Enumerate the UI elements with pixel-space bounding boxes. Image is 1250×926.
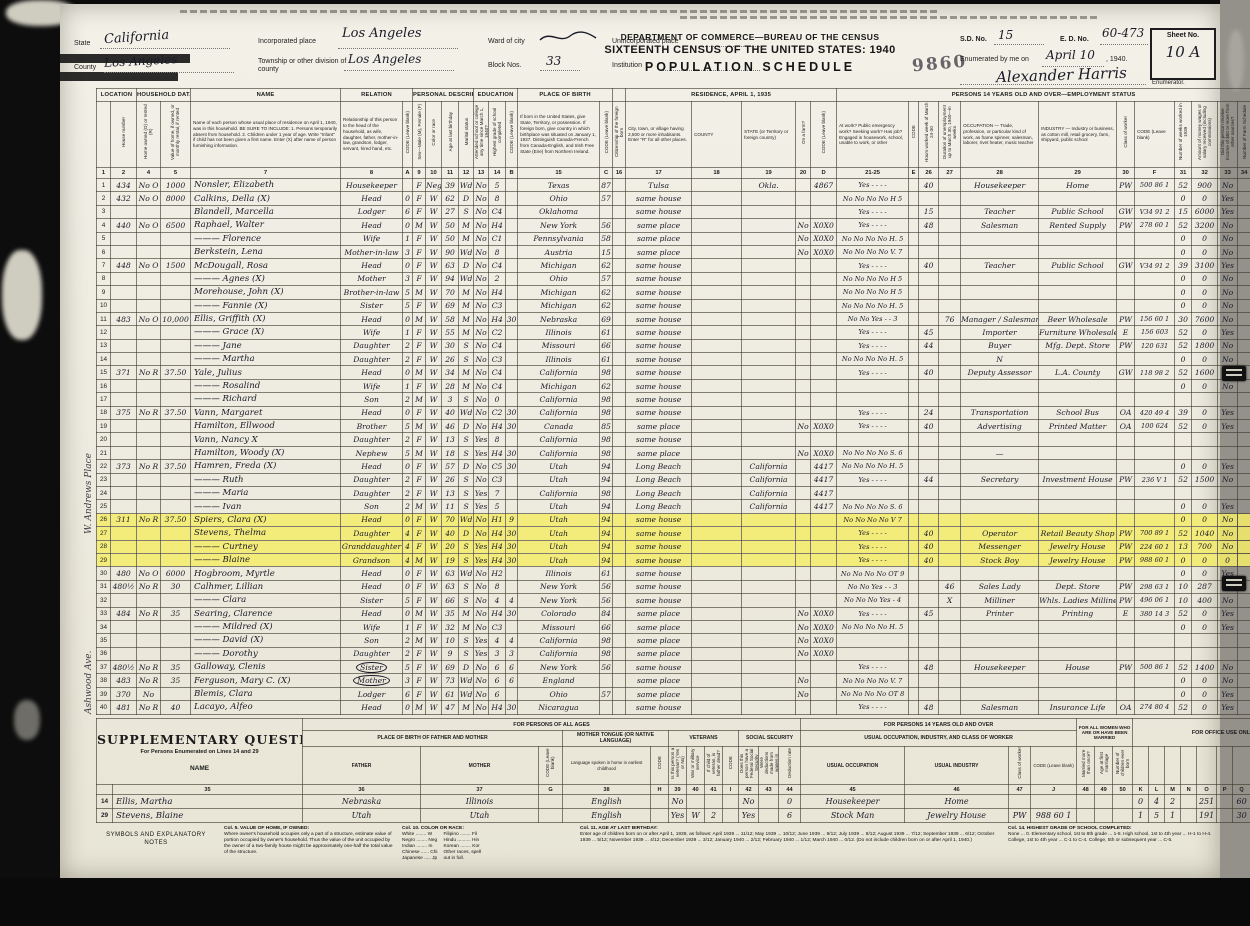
cell-oi: Yes (1218, 326, 1238, 339)
cell-rel: Daughter (341, 486, 403, 499)
column-description: Attended school or college any time sinc… (474, 102, 489, 168)
cell-cb: 30 (506, 607, 518, 620)
street-name-margin: Ashwood Ave. (84, 604, 94, 714)
cell-ct (613, 232, 626, 245)
column-number: 11 (442, 168, 459, 179)
column-description: War or military service (687, 747, 705, 785)
cell-sx: F (413, 259, 426, 272)
cell-du (939, 446, 961, 459)
cell-oc: Housekeeper (961, 179, 1039, 192)
cell-e (909, 219, 919, 232)
cell-rel: Daughter (341, 433, 403, 446)
sheet-value: 10 A (1152, 43, 1214, 61)
line-number: 18 (97, 406, 111, 419)
cell-loc (111, 299, 137, 312)
cell-ag: 50 (442, 232, 459, 245)
cell-j: 988 60 1 (1031, 809, 1077, 823)
cell-oc (961, 393, 1039, 406)
cell-d (811, 433, 837, 446)
cell-oc: Teacher (961, 259, 1039, 272)
cell-ct (613, 299, 626, 312)
column-description-text: Name of each person whose usual place of… (191, 119, 340, 150)
cell-rcty: Long Beach (626, 460, 692, 473)
cell-bp: Austria (518, 245, 600, 258)
cell-own (137, 379, 161, 392)
cell-a: 3 (403, 674, 413, 687)
column-description-text: Highest grade of school completed (492, 102, 502, 162)
cell-d (811, 353, 837, 366)
cell-rcnty (692, 661, 742, 674)
cell-e (909, 620, 919, 633)
office-use-column (1165, 747, 1181, 785)
cell-du (939, 406, 961, 419)
cell-ct (613, 219, 626, 232)
cell-own: No R (137, 406, 161, 419)
line-number: 7 (97, 259, 111, 272)
column-number: 39 (669, 785, 687, 795)
cell-val (161, 687, 191, 700)
cell-cf: 700 89 1 (1135, 527, 1175, 540)
cell-a: 2 (403, 473, 413, 486)
cell-du (939, 513, 961, 526)
cell-name: Calkins, Della (X) (191, 192, 341, 205)
cell-rcnty (692, 594, 742, 607)
cell-rc: W (426, 500, 442, 513)
cell-bp: Illinois (518, 353, 600, 366)
cell-ag: 63 (442, 580, 459, 593)
cell-oc (961, 647, 1039, 660)
cell-own (137, 500, 161, 513)
column-number: J (1031, 785, 1077, 795)
column-description-text: Attended school or college any time sinc… (474, 102, 489, 162)
cell-rc: W (426, 420, 442, 433)
cell-cl: PW (1117, 553, 1135, 566)
cell-rst (742, 286, 796, 299)
cell-wg: 0 (1192, 513, 1218, 526)
cell-rst: California (742, 486, 796, 499)
column-description: CODE (Leave blank) (539, 747, 563, 785)
cell-du (939, 486, 961, 499)
cell-cl (1117, 486, 1135, 499)
line-number: 14 (97, 795, 113, 809)
cell-emp: No No No No H 5 (837, 286, 909, 299)
cell-emp: No No No No H. 5 (837, 232, 909, 245)
cell-sx: F (413, 326, 426, 339)
cell-oi (1218, 446, 1238, 459)
column-number: 2 (111, 168, 137, 179)
cell-mr: S (459, 647, 474, 660)
cell-oi: No (1218, 379, 1238, 392)
cell-rel: Brother (341, 420, 403, 433)
cell-rel: Head (341, 460, 403, 473)
schedule-row: 33484No R35Searing, ClarenceHead0MW35MNo… (97, 607, 1250, 620)
cell-oc: Advertising (961, 420, 1039, 433)
cell-d (811, 205, 837, 218)
population-schedule-table: LOCATIONHOUSEHOLD DATANAMERELATIONPERSON… (96, 88, 1250, 715)
column-description: Deduction rate (779, 747, 801, 785)
cell-ag: 63 (442, 567, 459, 580)
cell-du (939, 620, 961, 633)
cell-name: Hamilton, Woody (X) (191, 446, 341, 459)
cell-emp: Yes - - - - (837, 527, 909, 540)
cell-hr (919, 393, 939, 406)
cell-emp: Yes - - - - (837, 701, 909, 714)
cell-sx: F (413, 674, 426, 687)
cell-gr: C3 (489, 353, 506, 366)
column-description-text: On a farm? (801, 121, 806, 144)
cell-bp: Utah (518, 500, 600, 513)
cell-gr: 8 (489, 580, 506, 593)
rule (338, 48, 458, 49)
cell-rcnty (692, 326, 742, 339)
column-number: 8 (341, 168, 403, 179)
cell-in (1039, 393, 1117, 406)
line-number: 3 (97, 205, 111, 218)
cell-a: 2 (403, 486, 413, 499)
cell-wk: 0 (1175, 299, 1192, 312)
cell-rc: W (426, 513, 442, 526)
cell-g (539, 795, 563, 809)
cell-name: ——— Dorothy (191, 647, 341, 660)
cell-hr: 44 (919, 339, 939, 352)
cell-wk: 0 (1175, 674, 1192, 687)
cell-du (939, 379, 961, 392)
cell-wg: 0 (1192, 674, 1218, 687)
cell-in (1039, 486, 1117, 499)
office-use-column (1197, 747, 1217, 785)
cell-v3 (705, 795, 723, 809)
cell-rst (742, 312, 796, 325)
cell-mr: S (459, 393, 474, 406)
cell-fs (1238, 192, 1250, 205)
cell-fm (796, 500, 811, 513)
cell-rcnty (692, 179, 742, 192)
cell-wk: 13 (1175, 540, 1192, 553)
cell-ct (613, 286, 626, 299)
cell-val (161, 647, 191, 660)
cell-d (811, 701, 837, 714)
cell-name: ——— Fannie (X) (191, 299, 341, 312)
cell-sc: No (474, 687, 489, 700)
cell-sc: No (474, 353, 489, 366)
cell-wg: 0 (1192, 245, 1218, 258)
cell-loc (111, 500, 137, 513)
cell-e (909, 594, 919, 607)
cell-rc: W (426, 339, 442, 352)
line-number: 14 (97, 353, 111, 366)
cell-rcnty (692, 486, 742, 499)
cell-wg: 0 (1192, 406, 1218, 419)
cell-rst (742, 607, 796, 620)
county-label: County (74, 64, 96, 71)
cell-e (909, 353, 919, 366)
cell-sx: F (413, 299, 426, 312)
cell-val (161, 634, 191, 647)
cell-father: Utah (303, 809, 421, 823)
cell-hr: 40 (919, 553, 939, 566)
cell-loc (111, 540, 137, 553)
cell-own: No R (137, 460, 161, 473)
cell-rc: W (426, 379, 442, 392)
office-use-column (1217, 747, 1233, 785)
cell-d: X0X0 (811, 446, 837, 459)
cell-bp: New York (518, 594, 600, 607)
cell-own (137, 634, 161, 647)
cell-loc: 311 (111, 513, 137, 526)
cell-rel: Sister (341, 299, 403, 312)
cell-cl (1117, 674, 1135, 687)
cell-wk: 0 (1175, 232, 1192, 245)
column-number (97, 785, 113, 795)
cell-own (137, 205, 161, 218)
cell-gr: C2 (489, 326, 506, 339)
cell-bp: Pennsylvania (518, 232, 600, 245)
cell-wg: 3100 (1192, 259, 1218, 272)
cell-ag: 20 (442, 540, 459, 553)
column-group-header: PERSONS 14 YEARS OLD AND OVER—EMPLOYMENT… (837, 89, 1250, 102)
cell-rel: Son (341, 393, 403, 406)
cell-rcty: same place (626, 219, 692, 232)
cell-oc (961, 379, 1039, 392)
column-number: O (1197, 785, 1217, 795)
column-number: 48 (1077, 785, 1095, 795)
cell-ag: 28 (442, 379, 459, 392)
cell-a: 1 (403, 620, 413, 633)
column-description-text: Number of weeks worked in 1939 (1178, 102, 1188, 162)
cell-cb: 4 (506, 634, 518, 647)
column-description: INDUSTRY — Industry or business, as cott… (1039, 102, 1117, 168)
cell-gr: C1 (489, 232, 506, 245)
cell-fs (1238, 272, 1250, 285)
cell-fs (1238, 286, 1250, 299)
cell-wk (1175, 634, 1192, 647)
cell-fs (1238, 393, 1250, 406)
cell-own (137, 232, 161, 245)
cell-ct (613, 433, 626, 446)
cell-ui: Home (905, 795, 1009, 809)
cell-bc: 98 (600, 433, 613, 446)
cell-sx: M (413, 286, 426, 299)
rule (100, 48, 230, 49)
cell-wk: 0 (1175, 272, 1192, 285)
cell-e (909, 232, 919, 245)
cell-oi: No (1218, 286, 1238, 299)
cell-cb (506, 192, 518, 205)
block-value: 33 (546, 54, 561, 68)
cell-ag: 58 (442, 312, 459, 325)
cell-gr: H4 (489, 553, 506, 566)
cell-K: 0 (1133, 795, 1149, 809)
cell-rst (742, 620, 796, 633)
cell-cf: 236 V 1 (1135, 473, 1175, 486)
cell-sc: Yes (474, 486, 489, 499)
column-description: Sex—Male (M), Female (F) (413, 102, 426, 168)
cell-wk: 0 (1175, 353, 1192, 366)
cell-in: Whls. Ladies Millinery (1039, 594, 1117, 607)
cell-cf: 298 63 1 (1135, 580, 1175, 593)
schedule-row: 19Hamilton, EllwoodBrother5MW46DNoH430Ca… (97, 420, 1250, 433)
cell-own (137, 272, 161, 285)
cell-e (909, 299, 919, 312)
cell-w2 (1095, 809, 1113, 823)
cell-cb: 30 (506, 540, 518, 553)
cell-e (909, 647, 919, 660)
cell-cf: 156 603 (1135, 326, 1175, 339)
cell-own: No O (137, 567, 161, 580)
cell-rcnty (692, 205, 742, 218)
cell-rel: Daughter (341, 339, 403, 352)
cell-in: Printed Matter (1039, 420, 1117, 433)
cell-val: 30 (161, 580, 191, 593)
cell-e (909, 366, 919, 379)
cell-val (161, 326, 191, 339)
cell-P (1217, 809, 1233, 823)
cell-gr: 2 (489, 272, 506, 285)
cell-hr: 40 (919, 179, 939, 192)
cell-in: Insurance Life (1039, 701, 1117, 714)
cell-sx: F (413, 232, 426, 245)
line-number: 1 (97, 179, 111, 192)
cell-du (939, 205, 961, 218)
cell-in: Furniture Wholesale (1039, 326, 1117, 339)
cell-ag: 19 (442, 553, 459, 566)
cell-hr (919, 312, 939, 325)
cell-uo: Housekeeper (801, 795, 905, 809)
cell-oi: Yes (1218, 460, 1238, 473)
cell-rcnty (692, 473, 742, 486)
cell-bc: 94 (600, 553, 613, 566)
cell-ag: 73 (442, 674, 459, 687)
column-description: Number of Farm Schedule (1238, 102, 1250, 168)
cell-ct (613, 634, 626, 647)
column-number: 37 (421, 785, 539, 795)
cell-ag: 26 (442, 473, 459, 486)
cell-du (939, 540, 961, 553)
cell-rst: Okla. (742, 179, 796, 192)
cell-a: 1 (403, 379, 413, 392)
schedule-row: 10——— Fannie (X)Sister5FW69MNoC3Michigan… (97, 299, 1250, 312)
cell-val (161, 500, 191, 513)
cell-rst (742, 339, 796, 352)
cell-val (161, 620, 191, 633)
schedule-row: 27Stevens, ThelmaDaughter4FW40DNoH430Uta… (97, 527, 1250, 540)
cell-mr: M (459, 232, 474, 245)
sd-label: S.D. No. (960, 36, 987, 43)
cell-cb (506, 687, 518, 700)
line-number: 12 (97, 326, 111, 339)
cell-a: 0 (403, 701, 413, 714)
cell-oc (961, 272, 1039, 285)
cell-cf (1135, 486, 1175, 499)
cell-rel: Head (341, 259, 403, 272)
cell-rcty: same place (626, 245, 692, 258)
cell-rcty: same house (626, 272, 692, 285)
cell-rcty: same house (626, 513, 692, 526)
column-number: I (723, 785, 739, 795)
cell-gr: 4 (489, 594, 506, 607)
cell-in: Mfg. Dept. Store (1039, 339, 1117, 352)
cell-hr: 45 (919, 607, 939, 620)
line-number: 22 (97, 460, 111, 473)
cell-d: X0X0 (811, 607, 837, 620)
column-description: CODE (Leave blank) (1135, 102, 1175, 168)
cell-wk: 0 (1175, 379, 1192, 392)
cell-d: X0X0 (811, 219, 837, 232)
column-group-header (613, 89, 626, 102)
cell-in: Beer Wholesale (1039, 312, 1117, 325)
cell-rcnty (692, 232, 742, 245)
cell-mr: S (459, 446, 474, 459)
cell-cf (1135, 446, 1175, 459)
cell-du (939, 366, 961, 379)
cell-du (939, 192, 961, 205)
cell-oc: Buyer (961, 339, 1039, 352)
cell-rst (742, 219, 796, 232)
cell-gr: C4 (489, 205, 506, 218)
cell-bp: New York (518, 661, 600, 674)
cell-cl (1117, 647, 1135, 660)
cell-d: X0X0 (811, 620, 837, 633)
cell-oc (961, 192, 1039, 205)
cell-ag: 46 (442, 420, 459, 433)
cell-e (909, 460, 919, 473)
cell-e (909, 379, 919, 392)
cell-oc: Sales Lady (961, 580, 1039, 593)
cell-rel: Mother (341, 272, 403, 285)
cell-gr: 6 (489, 661, 506, 674)
cell-name: Ferguson, Mary C. (X) (191, 674, 341, 687)
schedule-row: 20Vann, Nancy XDaughter2FW13SYes8Califor… (97, 433, 1250, 446)
line-number: 39 (97, 687, 111, 700)
cell-emp: No No Yes - - 3 (837, 580, 909, 593)
cell-v2 (687, 795, 705, 809)
cell-ag: 34 (442, 366, 459, 379)
cell-d (811, 527, 837, 540)
cell-ag: 10 (442, 634, 459, 647)
cell-name: ——— Clara (191, 594, 341, 607)
cell-cf: 500 86 1 (1135, 179, 1175, 192)
schedule-row: 14——— MarthaDaughter2FW26SNoC3Illinois61… (97, 353, 1250, 366)
cell-cb: 30 (506, 460, 518, 473)
cell-oc (961, 634, 1039, 647)
cell-rel: Daughter (341, 473, 403, 486)
cell-bc: 61 (600, 567, 613, 580)
cell-rel: Head (341, 312, 403, 325)
cell-wg (1192, 446, 1218, 459)
cell-a: 2 (403, 634, 413, 647)
cell-fs (1238, 620, 1250, 633)
cell-rc: W (426, 205, 442, 218)
band-header-women: FOR ALL WOMEN WHO ARE OR HAVE BEEN MARRI… (1077, 719, 1133, 747)
cell-name: Ellis, Martha (113, 795, 303, 809)
cell-ag: 13 (442, 433, 459, 446)
cell-oi: No (1218, 312, 1238, 325)
cell-fs (1238, 205, 1250, 218)
cell-hr: 48 (919, 701, 939, 714)
cell-loc (111, 486, 137, 499)
cell-bc: 15 (600, 245, 613, 258)
cell-own: No R (137, 701, 161, 714)
cell-du (939, 433, 961, 446)
cell-gr: H2 (489, 567, 506, 580)
subband-header: MOTHER TONGUE (OR NATIVE LANGUAGE) (563, 731, 669, 747)
cell-rel: Son (341, 634, 403, 647)
cell-sc: No (474, 473, 489, 486)
cell-sx: F (413, 661, 426, 674)
cell-wg: 0 (1192, 620, 1218, 633)
cell-wk: 10 (1175, 594, 1192, 607)
cell-wg (1192, 433, 1218, 446)
